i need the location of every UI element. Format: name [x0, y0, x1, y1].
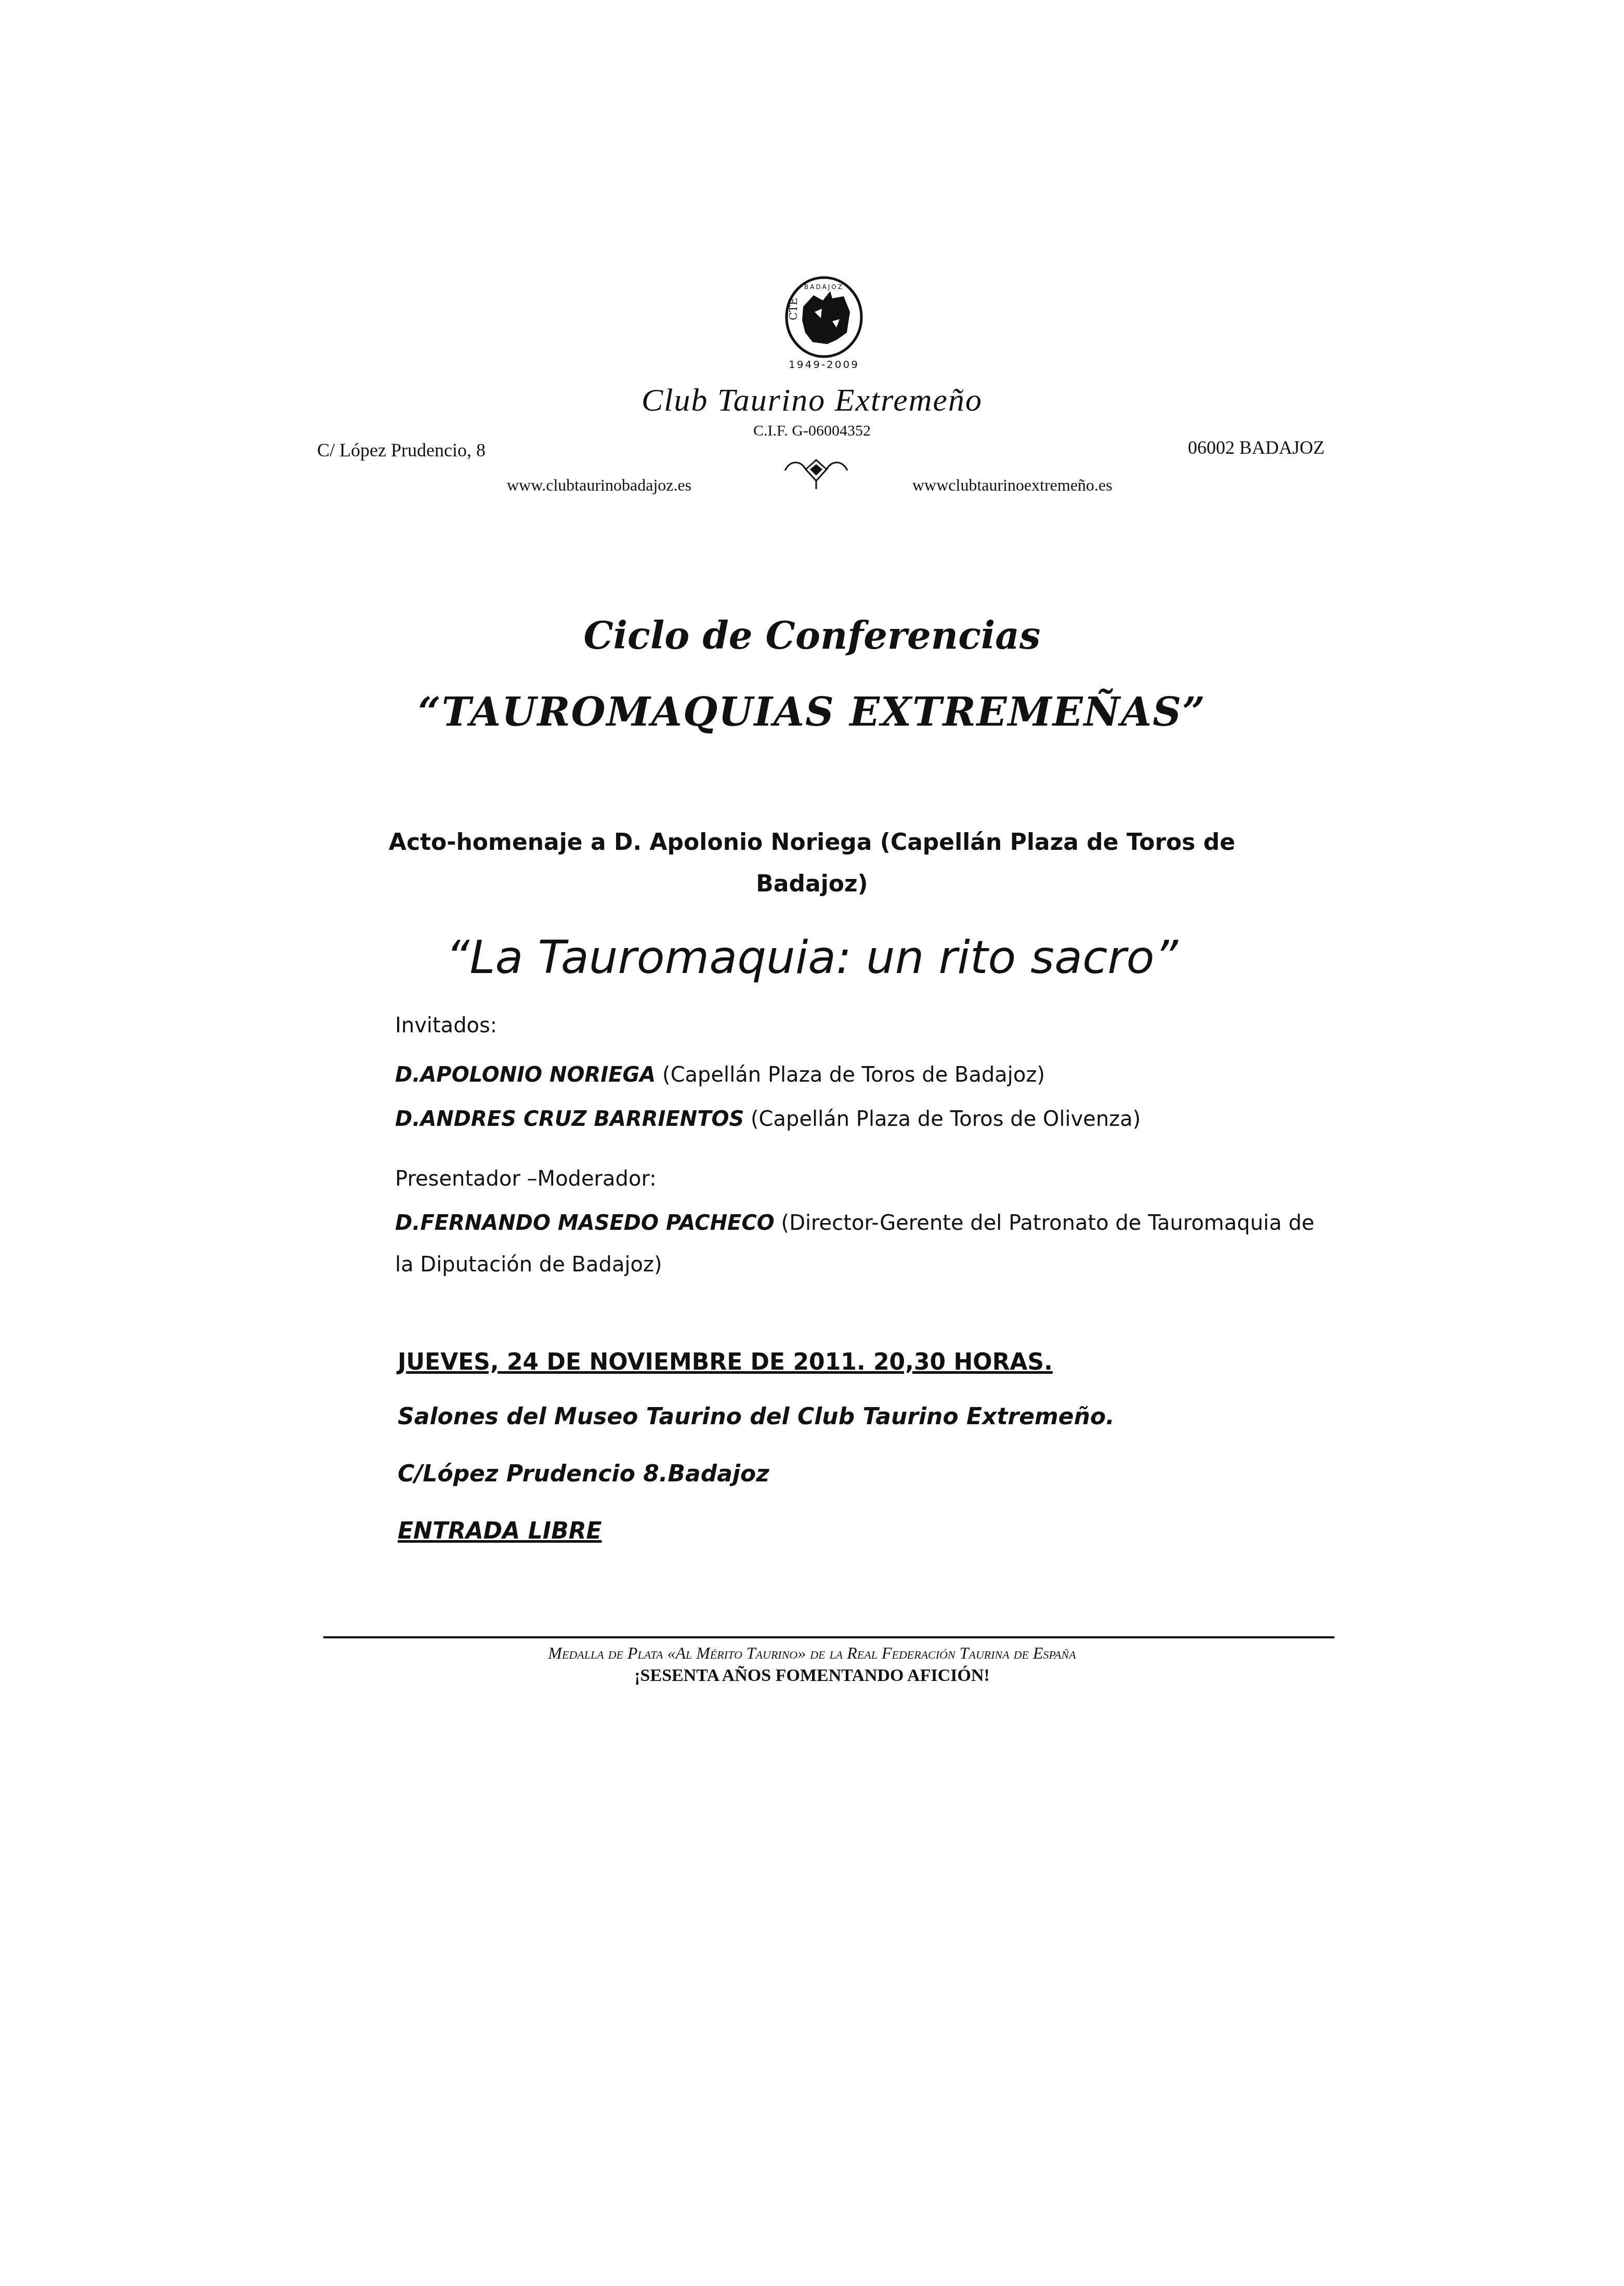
club-logo-bull-emblem-icon: BADAJOZ CTE 1949-2009 — [782, 275, 866, 374]
footer-motto: ¡SESENTA AÑOS FOMENTANDO AFICIÓN! — [0, 1666, 1624, 1686]
club-postal-city: 06002 BADAJOZ — [1188, 437, 1325, 458]
moderator-label: Presentador –Moderador: — [395, 1167, 657, 1191]
moderator-item: D.FERNANDO MASEDO PACHECO (Director-Gere… — [395, 1211, 1314, 1235]
event-venue: Salones del Museo Taurino del Club Tauri… — [398, 1403, 1115, 1430]
logo-years: 1949-2009 — [789, 358, 859, 371]
moderator-role: (Director-Gerente del Patronato de Tauro… — [781, 1211, 1315, 1235]
website-link-extremeno[interactable]: wwwclubtaurinoextremeño.es — [912, 476, 1112, 495]
tribute-line-1: Acto-homenaje a D. Apolonio Noriega (Cap… — [0, 829, 1624, 856]
guests-label: Invitados: — [395, 1014, 497, 1037]
club-address: C/ López Prudencio, 8 — [317, 439, 486, 461]
guest-item: D.APOLONIO NORIEGA (Capellán Plaza de To… — [395, 1063, 1045, 1087]
guest-name: D.ANDRES CRUZ BARRIENTOS — [395, 1107, 744, 1131]
guest-role: (Capellán Plaza de Toros de Olivenza) — [751, 1107, 1141, 1131]
footer-divider — [323, 1636, 1334, 1638]
moderator-name: D.FERNANDO MASEDO PACHECO — [395, 1211, 775, 1235]
guest-item: D.ANDRES CRUZ BARRIENTOS (Capellán Plaza… — [395, 1107, 1141, 1131]
logo-monogram: CTE — [787, 298, 800, 320]
fleuron-ornament-icon — [780, 455, 853, 491]
logo-top-text: BADAJOZ — [804, 283, 844, 291]
series-name: “TAUROMAQUIAS EXTREMEÑAS” — [0, 689, 1624, 735]
talk-title: “La Tauromaquia: un rito sacro” — [0, 930, 1624, 984]
moderator-role-continued: la Diputación de Badajoz) — [395, 1253, 662, 1277]
guest-name: D.APOLONIO NORIEGA — [395, 1063, 656, 1087]
club-name: Club Taurino Extremeño — [0, 382, 1624, 419]
footer-award: Medalla de Plata «Al Mérito Taurino» de … — [0, 1644, 1624, 1663]
event-venue-address: C/López Prudencio 8.Badajoz — [398, 1461, 769, 1487]
event-admission: ENTRADA LIBRE — [398, 1518, 602, 1544]
event-datetime: JUEVES, 24 DE NOVIEMBRE DE 2011. 20,30 H… — [398, 1349, 1053, 1375]
guest-role: (Capellán Plaza de Toros de Badajoz) — [662, 1063, 1045, 1087]
tribute-line-2: Badajoz) — [0, 871, 1624, 897]
cif-number: C.I.F. G-06004352 — [0, 422, 1624, 440]
series-title: Ciclo de Conferencias — [0, 613, 1624, 658]
website-link-badajoz[interactable]: www.clubtaurinobadajoz.es — [507, 476, 691, 495]
